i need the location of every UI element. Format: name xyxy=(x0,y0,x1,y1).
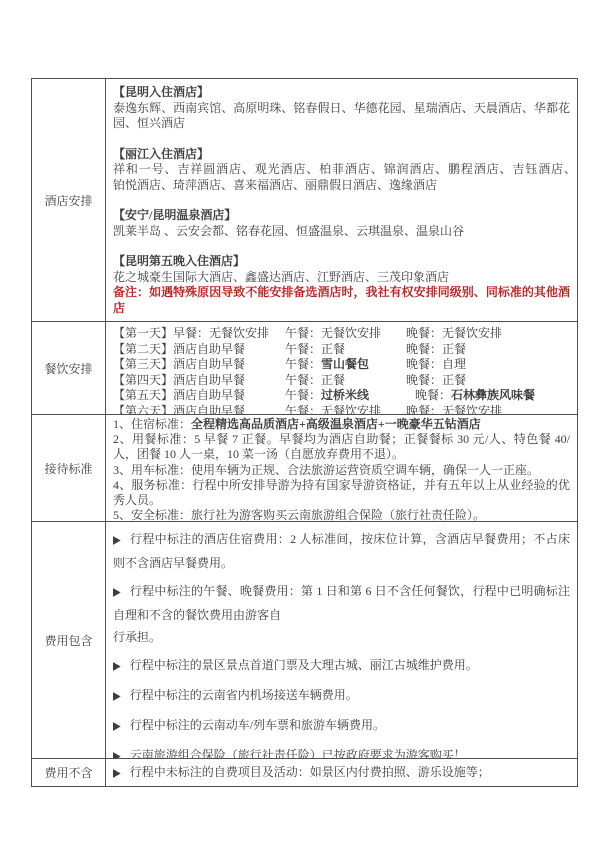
itinerary-page: 酒店安排 【昆明入住酒店】 泰逸东辉、西南宾馆、高原明珠、铭春假日、华德花园、星… xyxy=(0,0,600,848)
meal-dinner: 自理 xyxy=(442,357,466,371)
bullet-triangle-icon: ▶ xyxy=(113,684,121,709)
hotel-group-title: 【丽江入住酒店】 xyxy=(113,147,570,163)
hotel-group-list: 祥和一号、吉祥圆酒店、观光酒店、柏菲酒店、锦润酒店、鹏程酒店、吉钰酒店、 铂悦酒… xyxy=(113,162,570,193)
table-row-fees-excluded: 费用不含 ▶行程中未标注的自费项目及活动：如景区内付费拍照、游乐设施等； xyxy=(32,759,577,786)
hotel-group-kunming: 【昆明入住酒店】 泰逸东辉、西南宾馆、高原明珠、铭春假日、华德花园、星瑞酒店、天… xyxy=(113,85,570,132)
hotel-group-list: 花之城豪生国际大酒店、鑫盛达酒店、江野酒店、三茂印象酒店 xyxy=(113,270,570,286)
meal-breakfast: 酒店自助早餐 xyxy=(173,357,245,371)
meal-lunch-label: 午餐： xyxy=(285,357,321,371)
meal-day-row: 【第五天】酒店自助早餐 午餐：过桥米线 晚餐：石林彝族风味餐 xyxy=(113,388,570,404)
bullet-triangle-icon: ▶ xyxy=(113,744,121,758)
meal-day: 【第四天】 xyxy=(113,373,173,387)
reception-item: 2、用餐标准：5 早餐 7 正餐。早餐均为酒店自助餐；正餐餐标 30 元/人、特… xyxy=(113,432,570,462)
row-label-hotel: 酒店安排 xyxy=(32,79,106,321)
meal-day-row: 【第三天】酒店自助早餐 午餐：雪山餐包 晚餐：自理 xyxy=(113,357,570,373)
meal-lunch-label: 午餐： xyxy=(285,326,321,340)
meal-breakfast: 酒店自助早餐 xyxy=(173,404,245,414)
table-row-fees-included: 费用包含 ▶行程中标注的酒店住宿费用：2 人标准间，按床位计算，含酒店早餐费用；… xyxy=(32,522,577,759)
table-row-hotel: 酒店安排 【昆明入住酒店】 泰逸东辉、西南宾馆、高原明珠、铭春假日、华德花园、星… xyxy=(32,79,577,322)
bullet-triangle-icon: ▶ xyxy=(113,714,121,739)
reception-content: 1、住宿标准：全程精选高品质酒店+高级温泉酒店+一晚豪华五钻酒店 2、用餐标准：… xyxy=(106,415,577,521)
fee-included-item: ▶行程中标注的酒店住宿费用：2 人标准间，按床位计算，含酒店早餐费用；不占床则不… xyxy=(113,528,570,574)
reception-item: 1、住宿标准：全程精选高品质酒店+高级温泉酒店+一晚豪华五钻酒店 xyxy=(113,417,570,432)
meal-lunch: 无餐饮安排 xyxy=(321,326,381,340)
meal-day-row: 【第一天】早餐：无餐饮安排 午餐：无餐饮安排 晚餐：无餐饮安排 xyxy=(113,326,570,342)
meal-day: 【第二天】 xyxy=(113,342,173,356)
row-label-fees-excluded: 费用不含 xyxy=(32,759,106,786)
fee-included-text: 行程中标注的云南省内机场接送车辆费用。 xyxy=(130,688,358,702)
meal-dinner: 无餐饮安排 xyxy=(442,404,502,414)
meal-day: 【第六天】 xyxy=(113,404,173,414)
meal-dinner: 无餐饮安排 xyxy=(442,326,502,340)
bullet-triangle-icon: ▶ xyxy=(113,580,121,605)
hotel-group-list: 凯莱半岛 、云安会都、铭春花园、恒盛温泉、云琪温泉、温泉山谷 xyxy=(113,224,570,240)
hotel-group-fifth-night: 【昆明第五晚入住酒店】 花之城豪生国际大酒店、鑫盛达酒店、江野酒店、三茂印象酒店… xyxy=(113,254,570,316)
reception-item: 5、安全标准：旅行社为游客购买云南旅游组合保险（旅行社责任险）。 xyxy=(113,508,570,521)
meal-day: 【第三天】 xyxy=(113,357,173,371)
fee-included-text: 行程中标注的酒店住宿费用：2 人标准间，按床位计算，含酒店早餐费用；不占床则不含… xyxy=(113,532,570,570)
meal-day-row: 【第六天】酒店自助早餐 午餐：无餐饮安排 晚餐：无餐饮安排 xyxy=(113,404,570,414)
itinerary-table: 酒店安排 【昆明入住酒店】 泰逸东辉、西南宾馆、高原明珠、铭春假日、华德花园、星… xyxy=(31,78,578,787)
table-row-meals: 餐饮安排 【第一天】早餐：无餐饮安排 午餐：无餐饮安排 晚餐：无餐饮安排 【第二… xyxy=(32,322,577,415)
reception-item-highlight: 全程精选高品质酒店+高级温泉酒店+一晚豪华五钻酒店 xyxy=(191,417,481,431)
reception-item: 4、服务标准：行程中所安排导游为持有国家导游资格证，并有五年以上从业经验的优秀人… xyxy=(113,478,570,508)
meal-day-row: 【第二天】酒店自助早餐 午餐：正餐 晚餐：正餐 xyxy=(113,342,570,358)
fee-included-item: ▶行程中标注的景区景点首道门票及大理古城、丽江古城维护费用。 xyxy=(113,654,570,678)
table-row-reception: 接待标准 1、住宿标准：全程精选高品质酒店+高级温泉酒店+一晚豪华五钻酒店 2、… xyxy=(32,415,577,522)
meal-day-row: 【第四天】酒店自助早餐 午餐：正餐 晚餐：正餐 xyxy=(113,373,570,389)
meal-breakfast: 酒店自助早餐 xyxy=(173,388,245,402)
fees-included-content: ▶行程中标注的酒店住宿费用：2 人标准间，按床位计算，含酒店早餐费用；不占床则不… xyxy=(106,522,577,758)
row-label-fees-included: 费用包含 xyxy=(32,522,106,758)
meal-lunch: 过桥米线 xyxy=(321,388,369,402)
fees-excluded-content: ▶行程中未标注的自费项目及活动：如景区内付费拍照、游乐设施等； xyxy=(106,759,577,786)
meal-dinner-label: 晚餐： xyxy=(406,342,442,356)
row-label-reception: 接待标准 xyxy=(32,415,106,521)
meal-breakfast: 早餐：无餐饮安排 xyxy=(173,326,269,340)
meal-lunch: 正餐 xyxy=(321,342,345,356)
meal-dinner-label: 晚餐： xyxy=(406,326,442,340)
fee-excluded-item: ▶行程中未标注的自费项目及活动：如景区内付费拍照、游乐设施等； xyxy=(113,765,490,781)
fee-included-item: ▶行程中标注的云南动车/列车票和旅游车辆费用。 xyxy=(113,714,570,738)
bullet-triangle-icon: ▶ xyxy=(113,764,121,781)
meal-dinner: 正餐 xyxy=(442,373,466,387)
meal-lunch: 无餐饮安排 xyxy=(321,404,381,414)
hotel-group-title: 【昆明第五晚入住酒店】 xyxy=(113,254,570,270)
fee-included-item: ▶行程中标注的云南省内机场接送车辆费用。 xyxy=(113,684,570,708)
meal-dinner: 正餐 xyxy=(442,342,466,356)
meal-lunch-label: 午餐： xyxy=(285,388,321,402)
bullet-triangle-icon: ▶ xyxy=(113,654,121,679)
meal-dinner-label: 晚餐： xyxy=(406,373,442,387)
meal-breakfast: 酒店自助早餐 xyxy=(173,342,245,356)
fee-excluded-text: 行程中未标注的自费项目及活动：如景区内付费拍照、游乐设施等； xyxy=(130,765,490,779)
row-label-meals: 餐饮安排 xyxy=(32,322,106,414)
fee-included-text: 行程中标注的景区景点首道门票及大理古城、丽江古城维护费用。 xyxy=(130,658,478,672)
meal-lunch-label: 午餐： xyxy=(285,342,321,356)
hotel-group-hotspring: 【安宁/昆明温泉酒店】 凯莱半岛 、云安会都、铭春花园、恒盛温泉、云琪温泉、温泉… xyxy=(113,208,570,239)
hotel-group-title: 【安宁/昆明温泉酒店】 xyxy=(113,208,570,224)
fee-included-text: 行程中标注的云南动车/列车票和旅游车辆费用。 xyxy=(130,718,385,732)
meal-dinner-label: 晚餐： xyxy=(406,357,442,371)
fee-included-item: ▶行程中标注的午餐、晚餐费用：第 1 日和第 6 日不含任何餐饮，行程中已明确标… xyxy=(113,580,570,648)
fee-included-item: ▶云南旅游组合保险（旅行社责任险）已按政府要求为游客购买！ xyxy=(113,744,570,758)
hotel-content: 【昆明入住酒店】 泰逸东辉、西南宾馆、高原明珠、铭春假日、华德花园、星瑞酒店、天… xyxy=(106,79,577,321)
meal-lunch-label: 午餐： xyxy=(285,373,321,387)
meal-breakfast: 酒店自助早餐 xyxy=(173,373,245,387)
meal-lunch-label: 午餐： xyxy=(285,404,321,414)
meal-dinner: 石林彝族风味餐 xyxy=(451,388,535,402)
hotel-group-lijiang: 【丽江入住酒店】 祥和一号、吉祥圆酒店、观光酒店、柏菲酒店、锦润酒店、鹏程酒店、… xyxy=(113,147,570,194)
hotel-note: 备注：如遇特殊原因导致不能安排备选酒店时，我社有权安排同级别、同标准的其他酒店 xyxy=(113,285,570,316)
meal-day: 【第五天】 xyxy=(113,388,173,402)
hotel-group-list: 泰逸东辉、西南宾馆、高原明珠、铭春假日、华德花园、星瑞酒店、天晨酒店、华都花园、… xyxy=(113,101,570,132)
reception-item: 3、用车标准：使用车辆为正规、合法旅游运营资质空调车辆，确保一人一正座。 xyxy=(113,463,570,478)
meal-lunch: 正餐 xyxy=(321,373,345,387)
reception-item-prefix: 1、住宿标准： xyxy=(113,417,191,431)
bullet-triangle-icon: ▶ xyxy=(113,528,121,553)
meal-dinner-label: 晚餐： xyxy=(406,404,442,414)
fee-included-text: 云南旅游组合保险（旅行社责任险）已按政府要求为游客购买！ xyxy=(130,748,466,758)
meal-dinner-label: 晚餐： xyxy=(415,388,451,402)
meal-lunch: 雪山餐包 xyxy=(321,357,369,371)
meal-day: 【第一天】 xyxy=(113,326,173,340)
hotel-group-title: 【昆明入住酒店】 xyxy=(113,85,570,101)
meals-content: 【第一天】早餐：无餐饮安排 午餐：无餐饮安排 晚餐：无餐饮安排 【第二天】酒店自… xyxy=(106,322,577,414)
fee-included-text: 行程中标注的午餐、晚餐费用：第 1 日和第 6 日不含任何餐饮，行程中已明确标注… xyxy=(113,584,570,644)
